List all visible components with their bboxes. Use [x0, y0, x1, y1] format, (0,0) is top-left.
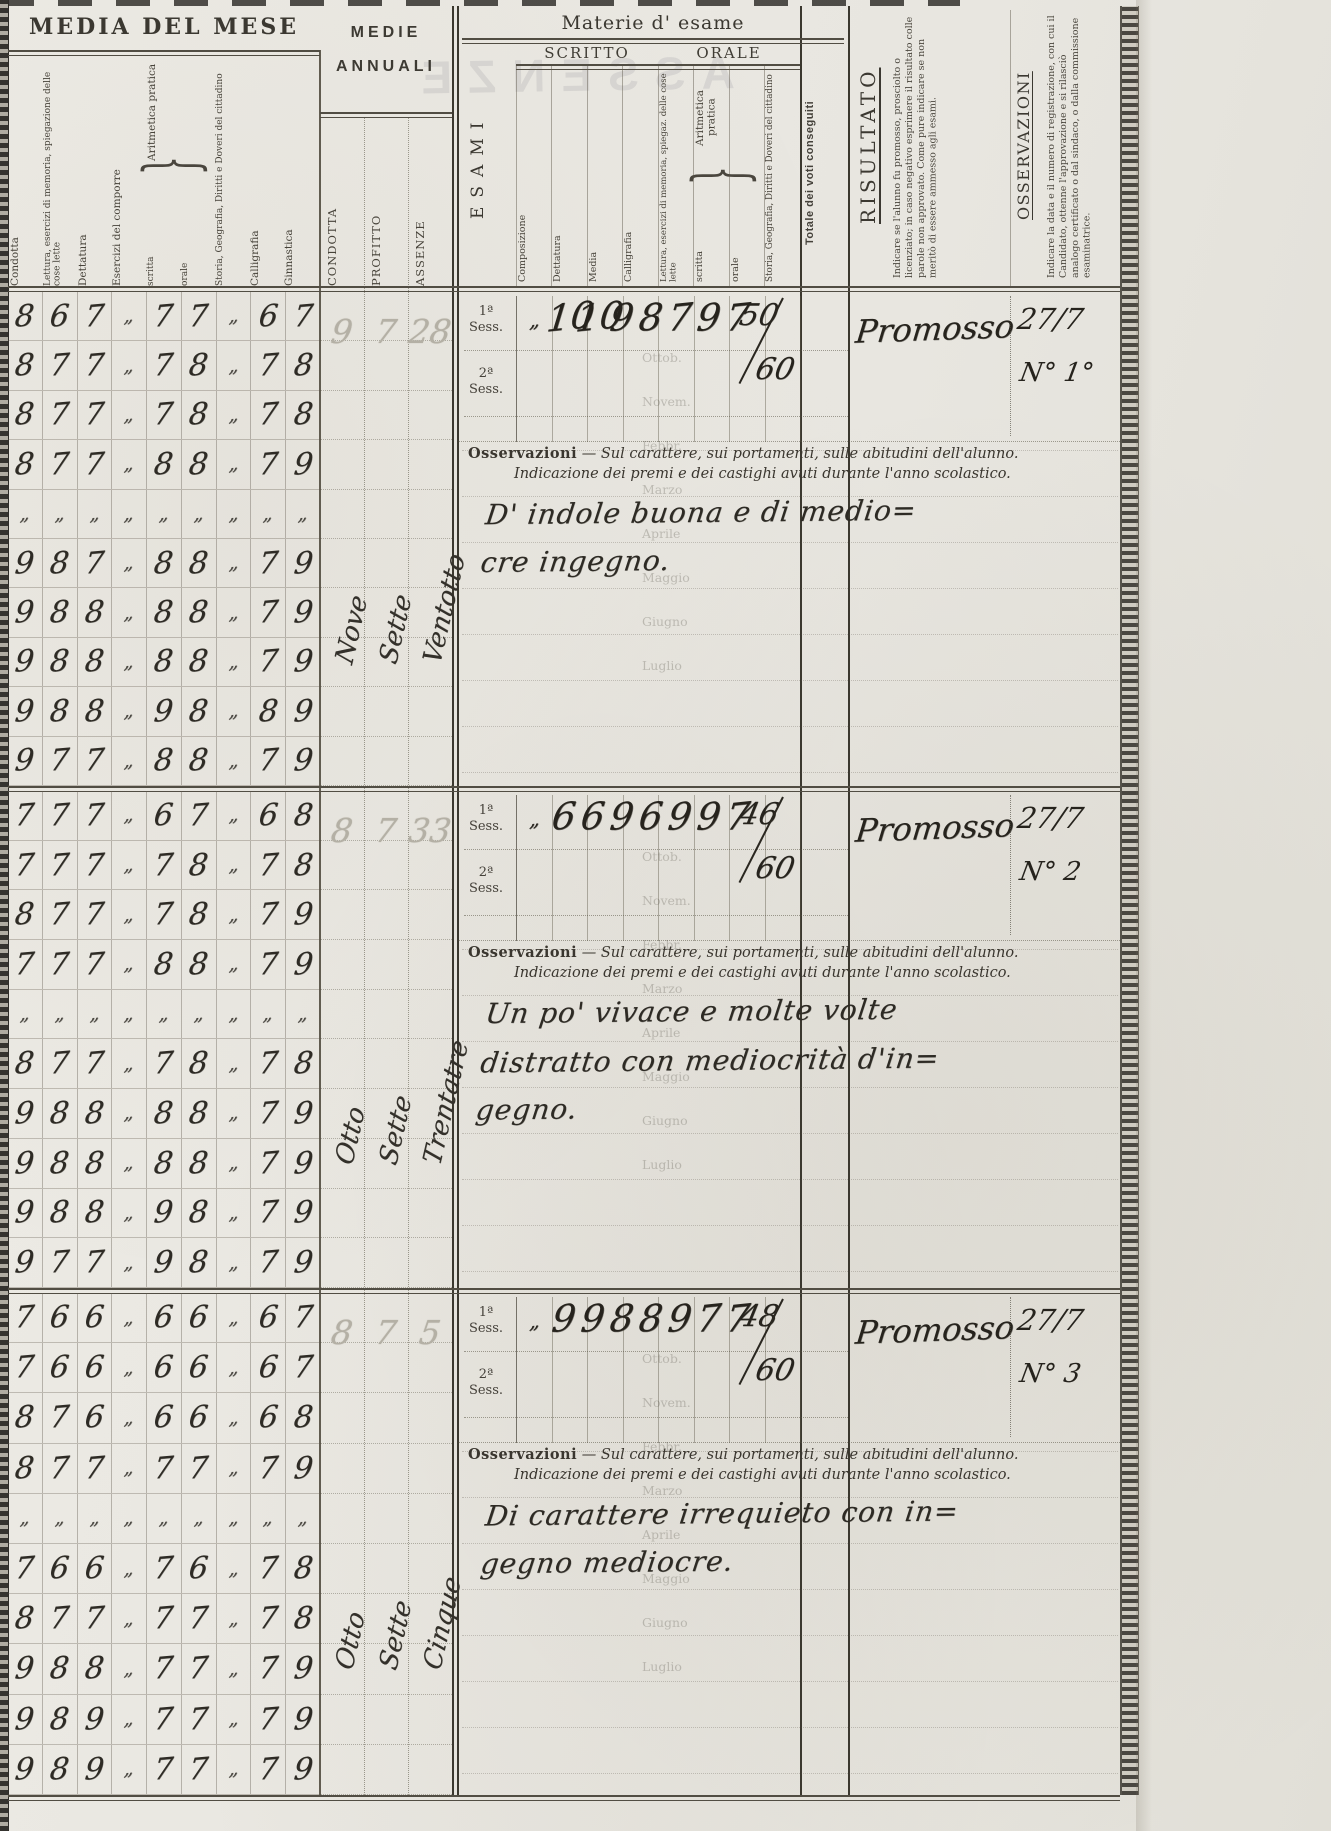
grade-cell: „ — [43, 990, 78, 1039]
handwritten-grade: 7 — [48, 946, 70, 983]
handwritten-grade: „ — [123, 953, 135, 976]
grade-cell: „ — [112, 638, 147, 686]
exam-column-storia: Storia, Geografia, Diritti e Doveri del … — [766, 70, 799, 282]
handwritten-grade: 9 — [292, 1145, 314, 1182]
risultato-note: Indicare se l'alunno fu promosso, prosci… — [892, 14, 1004, 278]
handwritten-grade: 8 — [292, 1400, 314, 1437]
annual-averages-block — [320, 791, 452, 1288]
grade-cell: 7 — [251, 341, 286, 389]
grade-cell: 7 — [251, 1444, 286, 1493]
handwritten-grade: 7 — [257, 1701, 279, 1738]
handwritten-grade: 9 — [292, 693, 314, 730]
handwritten-grade: 9 — [292, 896, 314, 933]
handwritten-grade: 8 — [14, 896, 36, 933]
table-row: 988„88„79 — [8, 638, 320, 687]
observations-caption-line1: Osservazioni — Sul carattere, sui portam… — [468, 1445, 1078, 1465]
ghost-month-label: Ottob. — [642, 350, 732, 365]
grade-cell: „ — [217, 1393, 252, 1442]
column-label-scritta: scritta — [147, 170, 180, 286]
result-date: 27/7 — [1015, 801, 1086, 835]
totale-voti-label: Totale dei voti conseguiti — [804, 64, 846, 282]
handwritten-grade: 7 — [48, 847, 70, 884]
grade-cell: 8 — [147, 440, 182, 488]
medie-row-line — [320, 539, 452, 588]
observations-caption-lead: Osservazioni — [468, 445, 577, 462]
grade-cell: „ — [217, 391, 252, 439]
handwritten-grade: 8 — [153, 946, 175, 983]
grade-cell: 7 — [43, 890, 78, 939]
handwritten-grade: 9 — [292, 446, 314, 483]
handwritten-grade: „ — [228, 903, 240, 926]
grade-cell: 9 — [8, 1745, 43, 1794]
ghost-month-label: Marzo — [642, 482, 732, 497]
handwritten-grade: 7 — [257, 1095, 279, 1132]
grade-cell: 8 — [147, 737, 182, 785]
handwritten-grade: 8 — [188, 847, 210, 884]
grade-cell: 9 — [78, 1695, 113, 1744]
handwritten-grade: 8 — [292, 347, 314, 384]
table-row: 988„77„79 — [8, 1644, 320, 1694]
grade-cell: „ — [217, 588, 252, 636]
grade-cell: 7 — [78, 341, 113, 389]
medie-row-line — [320, 1189, 452, 1239]
table-row: 977„98„79 — [8, 1238, 320, 1288]
handwritten-grade: „ — [123, 804, 135, 827]
materie-desame-title: Materie d' esame — [458, 12, 848, 34]
handwritten-grade: 7 — [153, 1701, 175, 1738]
grade-cell: 9 — [8, 1189, 43, 1238]
handwritten-grade: 7 — [257, 545, 279, 582]
grade-cell: 8 — [147, 588, 182, 636]
guide-dotted-row — [462, 1681, 1118, 1682]
handwritten-grade: 8 — [153, 1145, 175, 1182]
handwritten-grade: 7 — [153, 1751, 175, 1788]
handwritten-grade: „ — [297, 1507, 309, 1530]
session-label-second: 2ªSess. — [458, 865, 514, 898]
handwritten-grade: „ — [297, 1003, 309, 1026]
column-label-dettatura: Dettatura — [78, 58, 111, 286]
grade-cell: „ — [217, 1594, 252, 1643]
handwritten-grade: 6 — [153, 1400, 175, 1437]
handwritten-grade: 8 — [188, 896, 210, 933]
grade-cell: 7 — [286, 292, 320, 340]
grade-cell: 9 — [286, 638, 320, 686]
handwritten-grade: „ — [19, 1507, 31, 1530]
handwritten-grade: 9 — [14, 742, 36, 779]
handwritten-grade: 8 — [153, 1095, 175, 1132]
grade-cell: „ — [112, 1544, 147, 1593]
handwritten-grade: 6 — [257, 298, 279, 335]
handwritten-grade: 6 — [48, 298, 70, 335]
handwritten-grade: „ — [228, 804, 240, 827]
handwritten-grade: 7 — [188, 1450, 210, 1487]
handwritten-grade: „ — [123, 1557, 135, 1580]
grade-cell: 7 — [147, 1644, 182, 1693]
handwritten-grade: 8 — [292, 1550, 314, 1587]
grade-cell: 8 — [182, 638, 217, 686]
handwritten-grade: 6 — [257, 1400, 279, 1437]
grade-cell: 9 — [286, 1189, 320, 1238]
table-row: 988„98„89 — [8, 687, 320, 736]
handwritten-grade: 7 — [48, 347, 70, 384]
table-row: 988„88„79 — [8, 1139, 320, 1189]
grade-cell: „ — [112, 1745, 147, 1794]
medie-row-line — [320, 440, 452, 489]
exam-grid-line — [516, 795, 517, 941]
annual-averages-block — [320, 292, 452, 786]
session-word: Sess. — [458, 382, 514, 398]
ghost-month-label: Luglio — [642, 1659, 732, 1674]
handwritten-grade: 8 — [83, 1195, 105, 1232]
grade-cell: 8 — [182, 1139, 217, 1188]
handwritten-grade: 8 — [292, 847, 314, 884]
grade-cell: 7 — [8, 1293, 43, 1342]
handwritten-grade: 7 — [83, 347, 105, 384]
handwritten-grade: 8 — [48, 1095, 70, 1132]
observations-caption-line2: Indicazione dei premi e dei castighi avu… — [468, 1465, 1078, 1485]
grade-cell: „ — [112, 1594, 147, 1643]
grade-cell: 8 — [78, 687, 113, 735]
grade-cell: „ — [217, 990, 252, 1039]
handwritten-grade: 9 — [14, 1751, 36, 1788]
ghost-month-label: Marzo — [642, 1483, 732, 1498]
grade-cell: 8 — [182, 391, 217, 439]
table-row: 777„67„68 — [8, 791, 320, 841]
handwritten-grade: 7 — [83, 545, 105, 582]
handwritten-grade: „ — [123, 1708, 135, 1731]
session-rule — [464, 915, 848, 916]
table-row: 977„88„79 — [8, 737, 320, 786]
handwritten-grade: 8 — [83, 1651, 105, 1688]
grade-cell: 8 — [8, 391, 43, 439]
handwritten-grade: 8 — [48, 693, 70, 730]
handwritten-grade: 6 — [48, 1299, 70, 1336]
handwritten-grade: „ — [123, 1758, 135, 1781]
exam-header-col-line — [551, 66, 552, 286]
exam-column-orale: orale — [731, 178, 764, 282]
grade-cell: 7 — [251, 1594, 286, 1643]
handwritten-grade: 7 — [188, 1600, 210, 1637]
handwritten-grade: „ — [228, 1003, 240, 1026]
handwritten-grade: 8 — [292, 397, 314, 434]
handwritten-grade: 9 — [292, 1095, 314, 1132]
grade-cell: 7 — [251, 588, 286, 636]
handwritten-grade: 8 — [14, 446, 36, 483]
risultato-osservazioni-divider — [1010, 10, 1011, 286]
grade-cell: 7 — [147, 1594, 182, 1643]
handwritten-grade: 9 — [292, 946, 314, 983]
grade-cell: 9 — [8, 1238, 43, 1287]
grade-cell: „ — [112, 1644, 147, 1693]
handwritten-grade: 9 — [292, 1651, 314, 1688]
grade-cell: 8 — [43, 687, 78, 735]
grade-cell: 8 — [43, 1644, 78, 1693]
handwritten-grade: 6 — [188, 1350, 210, 1387]
grade-cell: 7 — [251, 1089, 286, 1138]
exam-result: Promosso — [854, 1308, 1017, 1351]
grade-cell: „ — [182, 490, 217, 538]
handwritten-grade: „ — [228, 1658, 240, 1681]
handwritten-grade: 8 — [83, 693, 105, 730]
grade-cell: „ — [112, 1238, 147, 1287]
handwritten-grade: „ — [123, 854, 135, 877]
grade-cell: „ — [8, 990, 43, 1039]
ghost-month-label: Novem. — [642, 1395, 732, 1410]
handwritten-grade: 7 — [14, 1299, 36, 1336]
grade-cell: 9 — [286, 539, 320, 587]
grade-cell: 7 — [43, 791, 78, 840]
medie-annuali-title-line1: MEDIE — [320, 24, 452, 42]
grade-cell: 8 — [286, 841, 320, 890]
handwritten-grade: 8 — [188, 644, 210, 681]
grade-cell: 6 — [251, 1293, 286, 1342]
grade-cell: 8 — [286, 1039, 320, 1088]
grade-cell: „ — [217, 490, 252, 538]
grade-cell: „ — [112, 391, 147, 439]
grade-cell: 7 — [251, 539, 286, 587]
handwritten-grade: 9 — [153, 693, 175, 730]
handwritten-grade: 7 — [153, 347, 175, 384]
session-label-first: 1ªSess. — [458, 803, 514, 836]
grade-cell: „ — [112, 588, 147, 636]
handwritten-grade: „ — [123, 1306, 135, 1329]
handwritten-grade: „ — [228, 1306, 240, 1329]
grade-cell: 9 — [286, 1238, 320, 1287]
grade-cell: 7 — [251, 1544, 286, 1593]
grade-cell: 6 — [43, 1293, 78, 1342]
handwritten-grade: 7 — [48, 1600, 70, 1637]
grade-cell: 6 — [43, 1544, 78, 1593]
result-date: 27/7 — [1015, 302, 1086, 336]
grade-cell: 8 — [147, 940, 182, 989]
handwritten-grade: 7 — [257, 644, 279, 681]
grade-cell: 6 — [182, 1544, 217, 1593]
table-row: 766„76„78 — [8, 1544, 320, 1594]
grade-cell: 7 — [286, 1343, 320, 1392]
medie-row-line — [320, 1393, 452, 1443]
handwritten-grade: „ — [228, 305, 240, 328]
grade-cell: 8 — [147, 1089, 182, 1138]
exam-header-col-line — [693, 66, 694, 286]
handwritten-grade: 9 — [14, 1095, 36, 1132]
handwritten-grade: „ — [123, 1407, 135, 1430]
student-record-section: 777„67„68777„78„78877„78„79777„88„79„„„„… — [0, 791, 1331, 1288]
handwritten-grade: „ — [123, 1052, 135, 1075]
handwritten-grade: 7 — [14, 797, 36, 834]
grade-cell: 7 — [147, 1745, 182, 1794]
handwritten-grade: 7 — [153, 298, 175, 335]
grade-cell: 6 — [43, 1343, 78, 1392]
handwritten-grade: 7 — [83, 446, 105, 483]
grade-cell: 7 — [78, 890, 113, 939]
medie-row-line — [320, 391, 452, 440]
handwritten-grade: 7 — [14, 847, 36, 884]
handwritten-grade: „ — [228, 354, 240, 377]
handwritten-grade: 8 — [48, 545, 70, 582]
annual-average-pencil-value: 7 — [361, 811, 410, 850]
handwritten-grade: 8 — [14, 298, 36, 335]
grade-cell: 8 — [43, 1139, 78, 1188]
handwritten-grade: 8 — [292, 1046, 314, 1083]
grade-cell: „ — [112, 1039, 147, 1088]
grade-cell: 8 — [182, 341, 217, 389]
handwritten-grade: 9 — [14, 1701, 36, 1738]
handwritten-grade: 7 — [48, 397, 70, 434]
session-word: Sess. — [458, 1321, 514, 1337]
handwritten-grade: 9 — [14, 1145, 36, 1182]
handwritten-grade: 8 — [48, 1651, 70, 1688]
guide-dotted-row — [462, 1543, 1118, 1544]
grade-cell: „ — [147, 990, 182, 1039]
monthly-grades-grid: 777„67„68777„78„78877„78„79777„88„79„„„„… — [8, 791, 320, 1288]
handwritten-grade: 9 — [292, 1244, 314, 1281]
grade-cell: 9 — [147, 687, 182, 735]
grade-cell: 7 — [78, 1039, 113, 1088]
medie-row-line — [320, 737, 452, 786]
grade-cell: „ — [112, 1139, 147, 1188]
ghost-month-label: Ottob. — [642, 849, 732, 864]
handwritten-grade: „ — [228, 1052, 240, 1075]
result-number: N° 1° — [1017, 358, 1096, 388]
column-label-ginnastica: Ginnastica — [284, 58, 317, 286]
grade-cell: „ — [112, 1293, 147, 1342]
ghost-month-label: Maggio — [642, 570, 732, 585]
handwritten-grade: „ — [158, 1003, 170, 1026]
handwritten-grade: 7 — [257, 1145, 279, 1182]
handwritten-grade: „ — [228, 1758, 240, 1781]
table-row: 988„88„79 — [8, 588, 320, 637]
grade-cell: 7 — [251, 940, 286, 989]
medie-row-line — [320, 490, 452, 539]
ghost-month-label: Febbr. — [642, 937, 732, 952]
handwritten-grade: „ — [228, 1607, 240, 1630]
exam-column-media: Media — [589, 70, 622, 282]
grade-cell: 6 — [147, 1293, 182, 1342]
handwritten-grade: 7 — [153, 847, 175, 884]
grade-cell: 8 — [43, 1089, 78, 1138]
guide-dotted-row — [462, 1451, 1118, 1452]
exam-result: Promosso — [854, 806, 1017, 849]
grade-cell: 7 — [43, 737, 78, 785]
grade-cell: 9 — [286, 588, 320, 636]
ghost-month-label: Aprile — [642, 1025, 732, 1040]
grade-cell: 7 — [251, 1039, 286, 1088]
handwritten-grade: „ — [158, 502, 170, 525]
handwritten-grade: 8 — [14, 347, 36, 384]
handwritten-grade: 8 — [188, 742, 210, 779]
handwritten-grade: „ — [123, 552, 135, 575]
handwritten-grade: 9 — [83, 1701, 105, 1738]
handwritten-grade: 6 — [83, 1299, 105, 1336]
handwritten-grade: „ — [228, 601, 240, 624]
grade-cell: 8 — [286, 1393, 320, 1442]
annual-average-pencil-value: 7 — [361, 312, 410, 351]
guide-dotted-row — [462, 1589, 1118, 1590]
column-label-storia: Storia, Geografia, Diritti e Doveri del … — [216, 58, 249, 286]
handwritten-grade: „ — [228, 854, 240, 877]
handwritten-grade: 7 — [83, 946, 105, 983]
grade-cell: 7 — [78, 539, 113, 587]
handwritten-grade: 7 — [257, 1450, 279, 1487]
grade-cell: 7 — [78, 391, 113, 439]
table-row: 777„78„78 — [8, 841, 320, 891]
handwritten-grade: „ — [123, 502, 135, 525]
handwritten-grade: 7 — [257, 1195, 279, 1232]
handwritten-grade: „ — [123, 354, 135, 377]
handwritten-grade: „ — [228, 651, 240, 674]
handwritten-grade: „ — [262, 1507, 274, 1530]
grade-cell: 7 — [251, 1139, 286, 1188]
grade-cell: 8 — [182, 737, 217, 785]
annual-average-pencil-value: 33 — [405, 811, 454, 850]
handwritten-grade: 7 — [257, 1550, 279, 1587]
exam-grid-line — [516, 296, 517, 442]
grade-cell: 7 — [147, 1444, 182, 1493]
grade-cell: 8 — [182, 1039, 217, 1088]
grade-cell: „ — [43, 490, 78, 538]
ghost-month-label: Novem. — [642, 893, 732, 908]
monthly-grades-grid: 766„66„67766„66„67876„66„68877„77„79„„„„… — [8, 1293, 320, 1795]
handwritten-grade: 7 — [257, 896, 279, 933]
grade-cell: 7 — [182, 292, 217, 340]
grade-cell: „ — [217, 890, 252, 939]
handwritten-grade: 7 — [48, 446, 70, 483]
handwritten-grade: „ — [123, 903, 135, 926]
grade-cell: 7 — [251, 440, 286, 488]
grade-cell: 7 — [78, 940, 113, 989]
grade-cell: „ — [112, 1695, 147, 1744]
grade-cell: 9 — [286, 1695, 320, 1744]
session-rule — [464, 1417, 848, 1418]
grade-cell: 7 — [182, 1594, 217, 1643]
handwritten-grade: „ — [262, 502, 274, 525]
handwritten-grade: 9 — [14, 594, 36, 631]
handwritten-grade: „ — [193, 502, 205, 525]
grade-cell: „ — [147, 490, 182, 538]
handwritten-grade: 6 — [153, 797, 175, 834]
grade-cell: 7 — [43, 1393, 78, 1442]
grade-cell: 8 — [78, 638, 113, 686]
grade-cell: 6 — [182, 1343, 217, 1392]
media-title-rule — [8, 50, 320, 56]
grade-cell: „ — [112, 841, 147, 890]
grade-cell: „ — [112, 791, 147, 840]
handwritten-grade: „ — [228, 1507, 240, 1530]
handwritten-grade: 8 — [48, 644, 70, 681]
table-row: „„„„„„„„„ — [8, 490, 320, 539]
handwritten-grade: 8 — [14, 1400, 36, 1437]
table-row: 877„78„78 — [8, 341, 320, 390]
grade-cell: 8 — [78, 1089, 113, 1138]
exam-grid-line — [800, 795, 801, 941]
grade-cell: 9 — [8, 1139, 43, 1188]
handwritten-grade: „ — [228, 502, 240, 525]
grade-cell: „ — [8, 490, 43, 538]
grade-cell: 7 — [251, 1644, 286, 1693]
handwritten-grade: 6 — [83, 1400, 105, 1437]
grade-cell: 8 — [286, 341, 320, 389]
result-observation-divider — [1010, 296, 1011, 436]
risultato-title: RISULTATO — [856, 16, 886, 276]
grade-cell: „ — [286, 490, 320, 538]
annual-average-pencil-value: 28 — [405, 312, 454, 351]
handwritten-grade: 7 — [48, 797, 70, 834]
table-row: 988„88„79 — [8, 1089, 320, 1139]
handwritten-grade: „ — [123, 1102, 135, 1125]
grade-cell: 9 — [286, 687, 320, 735]
handwritten-grade: 7 — [153, 1550, 175, 1587]
grade-cell: 8 — [286, 1594, 320, 1643]
